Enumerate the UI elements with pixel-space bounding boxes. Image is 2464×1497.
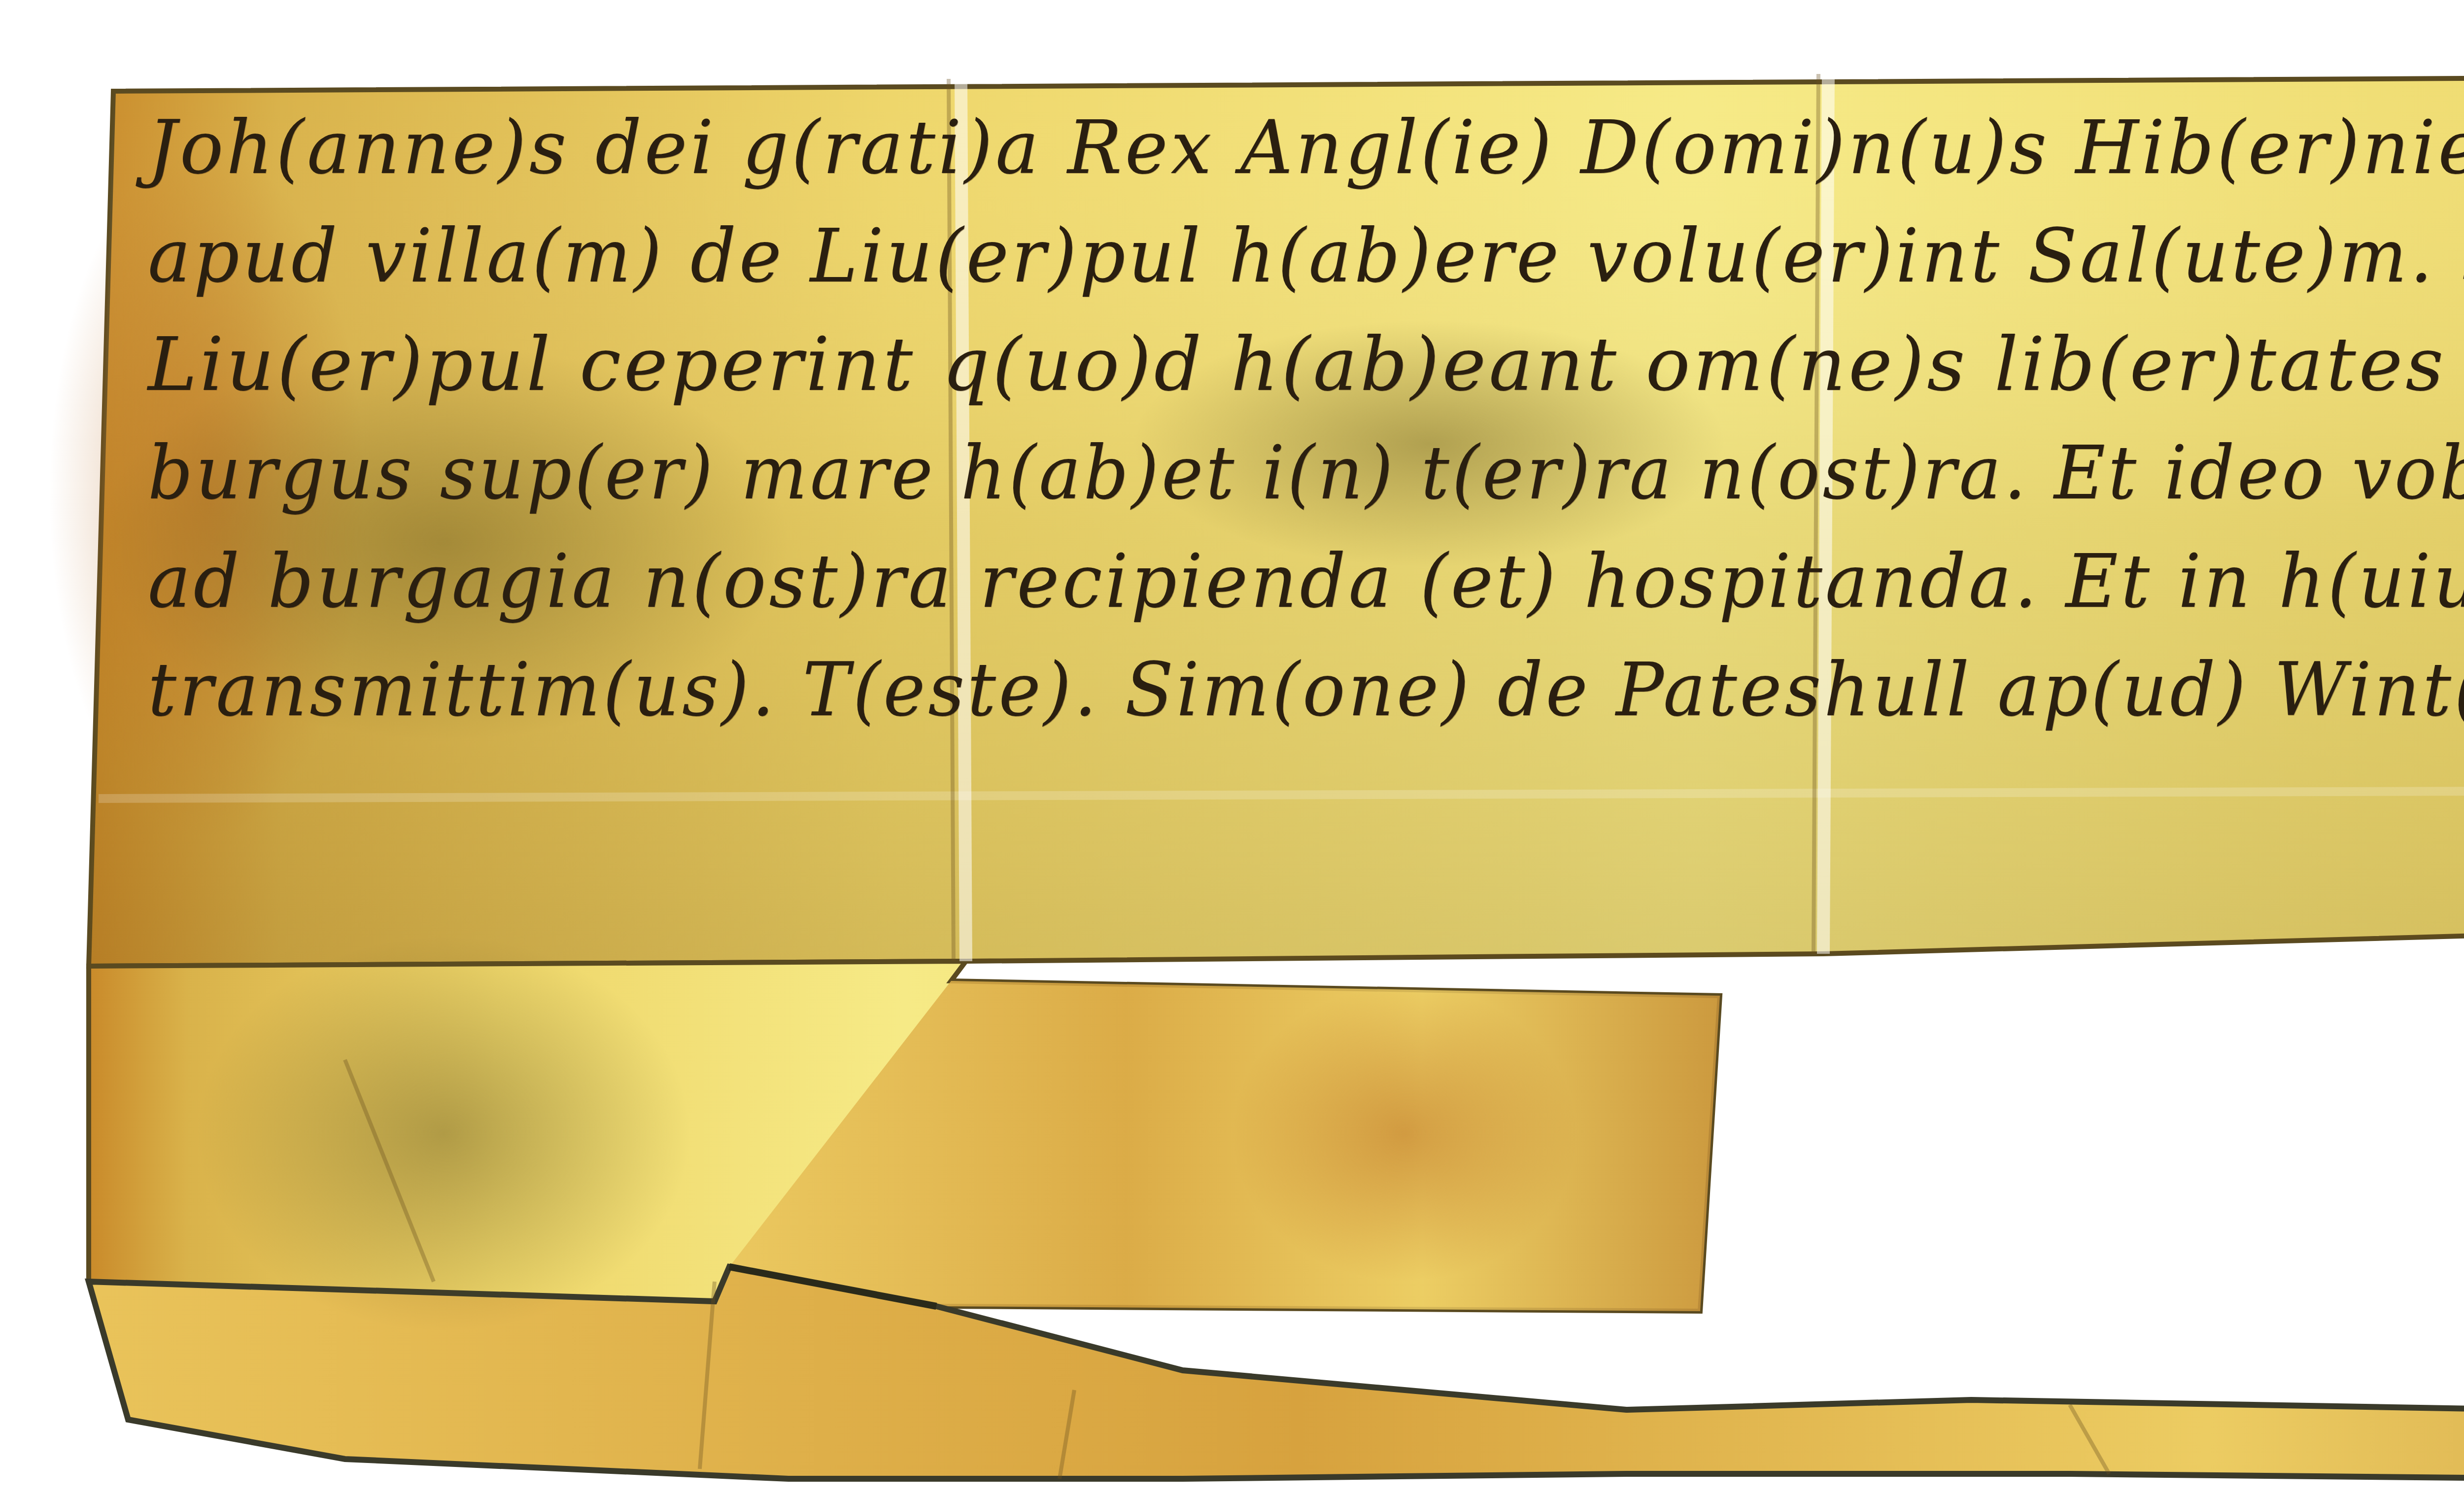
charter-scan: Joh(anne)s dei g(rati)a Rex Angl(ie) D(o…	[0, 0, 2464, 1497]
text-line-1: Joh(anne)s dei g(rati)a Rex Angl(ie) D(o…	[148, 99, 2464, 197]
text-line-2: apud villa(m) de Liu(er)pul h(ab)ere vol…	[148, 207, 2464, 306]
text-line-4: burgus sup(er) mare h(ab)et i(n) t(er)ra…	[148, 424, 2464, 522]
text-line-6: transmittim(us). T(este). Sim(one) de Pa…	[148, 641, 2464, 739]
text-line-5: ad burgagia n(ost)ra recipienda (et) hos…	[148, 532, 2464, 631]
text-line-3: Liu(er)pul ceperint q(uo)d h(ab)eant om(…	[148, 315, 2464, 414]
charter-text: Joh(anne)s dei g(rati)a Rex Angl(ie) D(o…	[148, 99, 2464, 838]
